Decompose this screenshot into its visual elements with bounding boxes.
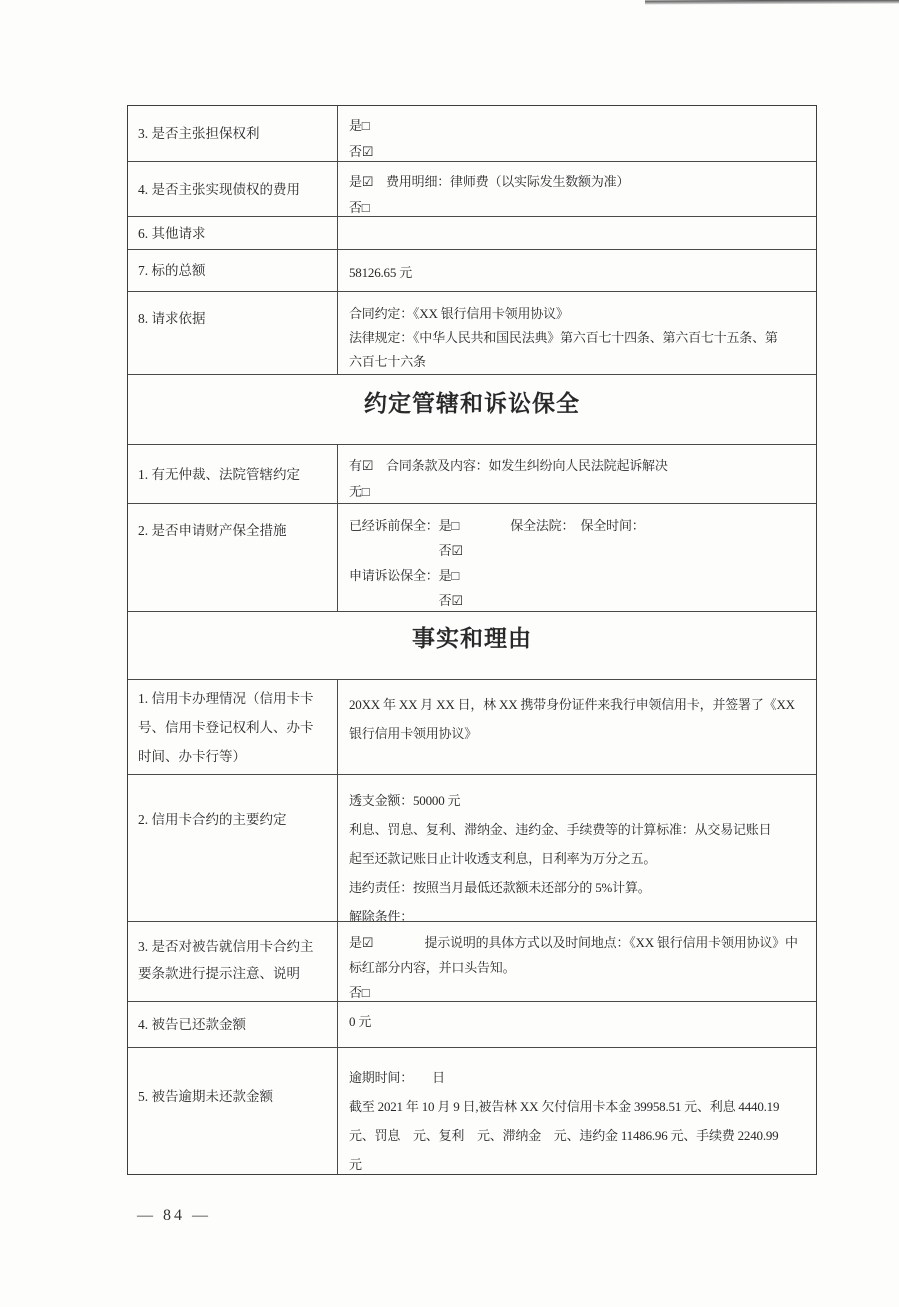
- value-line: 58126.65 元: [349, 263, 816, 283]
- scan-artifact-line: [645, 0, 899, 4]
- value-line: 否☑: [349, 538, 816, 563]
- value-line: 是□: [349, 113, 816, 139]
- row-label: 8. 请求依据: [128, 292, 338, 374]
- row-card-application-details: 1. 信用卡办理情况（信用卡卡号、信用卡登记权利人、办卡时间、办卡行等） 20X…: [128, 679, 816, 774]
- label-text: 2. 是否申请财产保全措施: [138, 516, 323, 545]
- value-line: 无□: [349, 479, 816, 503]
- row-label: 2. 是否申请财产保全措施: [128, 504, 338, 611]
- row-property-preservation: 2. 是否申请财产保全措施 已经诉前保全：是□ 保全法院： 保全时间： 否☑ 申…: [128, 503, 816, 611]
- value-line: 起至还款记账日止计收透支利息，日利率为万分之五。: [349, 844, 816, 873]
- value-line: 已经诉前保全：是□ 保全法院： 保全时间：: [349, 513, 816, 538]
- page-number: — 84 —: [137, 1207, 211, 1225]
- value-line: 逾期时间： 日: [349, 1063, 816, 1092]
- value-line: 元、罚息 元、复利 元、滞纳金 元、违约金 11486.96 元、手续费 224…: [349, 1121, 816, 1150]
- label-text: 4. 被告已还款金额: [138, 1010, 323, 1039]
- label-text: 5. 被告逾期未还款金额: [138, 1082, 323, 1111]
- label-text: 3. 是否对被告就信用卡合约主要条款进行提示注意、说明: [138, 933, 323, 987]
- value-line: 银行信用卡领用协议》: [349, 719, 816, 748]
- label-text: 1. 信用卡办理情况（信用卡卡号、信用卡登记权利人、办卡时间、办卡行等）: [138, 684, 323, 771]
- value-line: 申请诉讼保全：是□: [349, 563, 816, 588]
- label-text: 3. 是否主张担保权利: [138, 119, 323, 148]
- section-title-jurisdiction-preservation: 约定管辖和诉讼保全: [128, 374, 816, 444]
- row-value: 20XX 年 XX 月 XX 日，林 XX 携带身份证件来我行申领信用卡，并签署…: [338, 680, 816, 774]
- value-line: 违约责任：按照当月最低还款额未还部分的 5%计算。: [349, 873, 816, 902]
- value-line: 合同约定：《XX 银行信用卡领用协议》: [349, 302, 816, 326]
- row-value: 已经诉前保全：是□ 保全法院： 保全时间： 否☑ 申请诉讼保全：是□ 否☑: [338, 504, 816, 611]
- row-value: 0 元: [338, 1002, 816, 1047]
- row-value: 是☑ 提示说明的具体方式以及时间地点：《XX 银行信用卡领用协议》中 标红部分内…: [338, 922, 816, 1001]
- row-label: 5. 被告逾期未还款金额: [128, 1048, 338, 1174]
- row-label: 6. 其他请求: [128, 217, 338, 249]
- row-other-requests: 6. 其他请求: [128, 216, 816, 249]
- row-overdue-unpaid-amount: 5. 被告逾期未还款金额 逾期时间： 日 截至 2021 年 10 月 9 日,…: [128, 1047, 816, 1174]
- label-text: 2. 信用卡合约的主要约定: [138, 805, 323, 834]
- row-label: 1. 有无仲裁、法院管辖约定: [128, 445, 338, 503]
- value-line: 元: [349, 1150, 816, 1174]
- label-text: 7. 标的总额: [138, 256, 323, 285]
- row-label: 3. 是否对被告就信用卡合约主要条款进行提示注意、说明: [128, 922, 338, 1001]
- value-line: 否□: [349, 980, 816, 1001]
- value-line: 法律规定：《中华人民共和国民法典》第六百七十四条、第六百七十五条、第: [349, 326, 816, 350]
- value-line: 截至 2021 年 10 月 9 日,被告林 XX 欠付信用卡本金 39958.…: [349, 1092, 816, 1121]
- label-text: 6. 其他请求: [138, 219, 323, 248]
- row-label: 1. 信用卡办理情况（信用卡卡号、信用卡登记权利人、办卡时间、办卡行等）: [128, 680, 338, 774]
- row-label: 4. 是否主张实现债权的费用: [128, 162, 338, 216]
- value-line: 0 元: [349, 1011, 816, 1033]
- row-label: 2. 信用卡合约的主要约定: [128, 775, 338, 921]
- row-label: 7. 标的总额: [128, 250, 338, 291]
- label-text: 8. 请求依据: [138, 304, 323, 333]
- value-line: 有☑ 合同条款及内容：如发生纠纷向人民法院起诉解决: [349, 453, 816, 479]
- value-line: 否□: [349, 195, 816, 216]
- value-line: 20XX 年 XX 月 XX 日，林 XX 携带身份证件来我行申领信用卡，并签署…: [349, 690, 816, 719]
- row-total-claim-amount: 7. 标的总额 58126.65 元: [128, 249, 816, 291]
- label-text: 1. 有无仲裁、法院管辖约定: [138, 460, 323, 489]
- row-contract-main-terms: 2. 信用卡合约的主要约定 透支金额：50000 元 利息、罚息、复利、滞纳金、…: [128, 774, 816, 921]
- value-line: 是☑ 费用明细：律师费（以实际发生数额为准）: [349, 169, 816, 195]
- row-label: 3. 是否主张担保权利: [128, 106, 338, 161]
- row-label: 4. 被告已还款金额: [128, 1002, 338, 1047]
- row-terms-notice-explanation: 3. 是否对被告就信用卡合约主要条款进行提示注意、说明 是☑ 提示说明的具体方式…: [128, 921, 816, 1001]
- row-value: 透支金额：50000 元 利息、罚息、复利、滞纳金、违约金、手续费等的计算标准：…: [338, 775, 816, 921]
- value-line: 解除条件：: [349, 902, 816, 921]
- label-text: 4. 是否主张实现债权的费用: [138, 175, 323, 204]
- value-line: 否☑: [349, 139, 816, 161]
- row-value: 是☑ 费用明细：律师费（以实际发生数额为准） 否□: [338, 162, 816, 216]
- row-value: 58126.65 元: [338, 250, 816, 291]
- row-value: 逾期时间： 日 截至 2021 年 10 月 9 日,被告林 XX 欠付信用卡本…: [338, 1048, 816, 1174]
- lawsuit-form-table: 3. 是否主张担保权利 是□ 否☑ 4. 是否主张实现债权的费用 是☑ 费用明细…: [127, 105, 817, 1175]
- value-line: 否☑: [349, 588, 816, 611]
- row-debt-realization-costs: 4. 是否主张实现债权的费用 是☑ 费用明细：律师费（以实际发生数额为准） 否□: [128, 161, 816, 216]
- row-value: [338, 217, 816, 249]
- row-value: 有☑ 合同条款及内容：如发生纠纷向人民法院起诉解决 无□: [338, 445, 816, 503]
- row-value: 合同约定：《XX 银行信用卡领用协议》 法律规定：《中华人民共和国民法典》第六百…: [338, 292, 816, 374]
- row-arbitration-jurisdiction-agreement: 1. 有无仲裁、法院管辖约定 有☑ 合同条款及内容：如发生纠纷向人民法院起诉解决…: [128, 444, 816, 503]
- value-line: 是☑ 提示说明的具体方式以及时间地点：《XX 银行信用卡领用协议》中: [349, 930, 816, 955]
- section-title-facts-reasons: 事实和理由: [128, 611, 816, 679]
- value-line: 透支金额：50000 元: [349, 786, 816, 815]
- row-claim-basis: 8. 请求依据 合同约定：《XX 银行信用卡领用协议》 法律规定：《中华人民共和…: [128, 291, 816, 374]
- scanned-document-page: 3. 是否主张担保权利 是□ 否☑ 4. 是否主张实现债权的费用 是☑ 费用明细…: [0, 0, 899, 1307]
- value-line: 六百七十六条: [349, 350, 816, 374]
- value-line: 标红部分内容，并口头告知。: [349, 955, 816, 980]
- row-guarantee-rights: 3. 是否主张担保权利 是□ 否☑: [128, 106, 816, 161]
- row-defendant-repaid-amount: 4. 被告已还款金额 0 元: [128, 1001, 816, 1047]
- row-value: 是□ 否☑: [338, 106, 816, 161]
- value-line: 利息、罚息、复利、滞纳金、违约金、手续费等的计算标准：从交易记账日: [349, 815, 816, 844]
